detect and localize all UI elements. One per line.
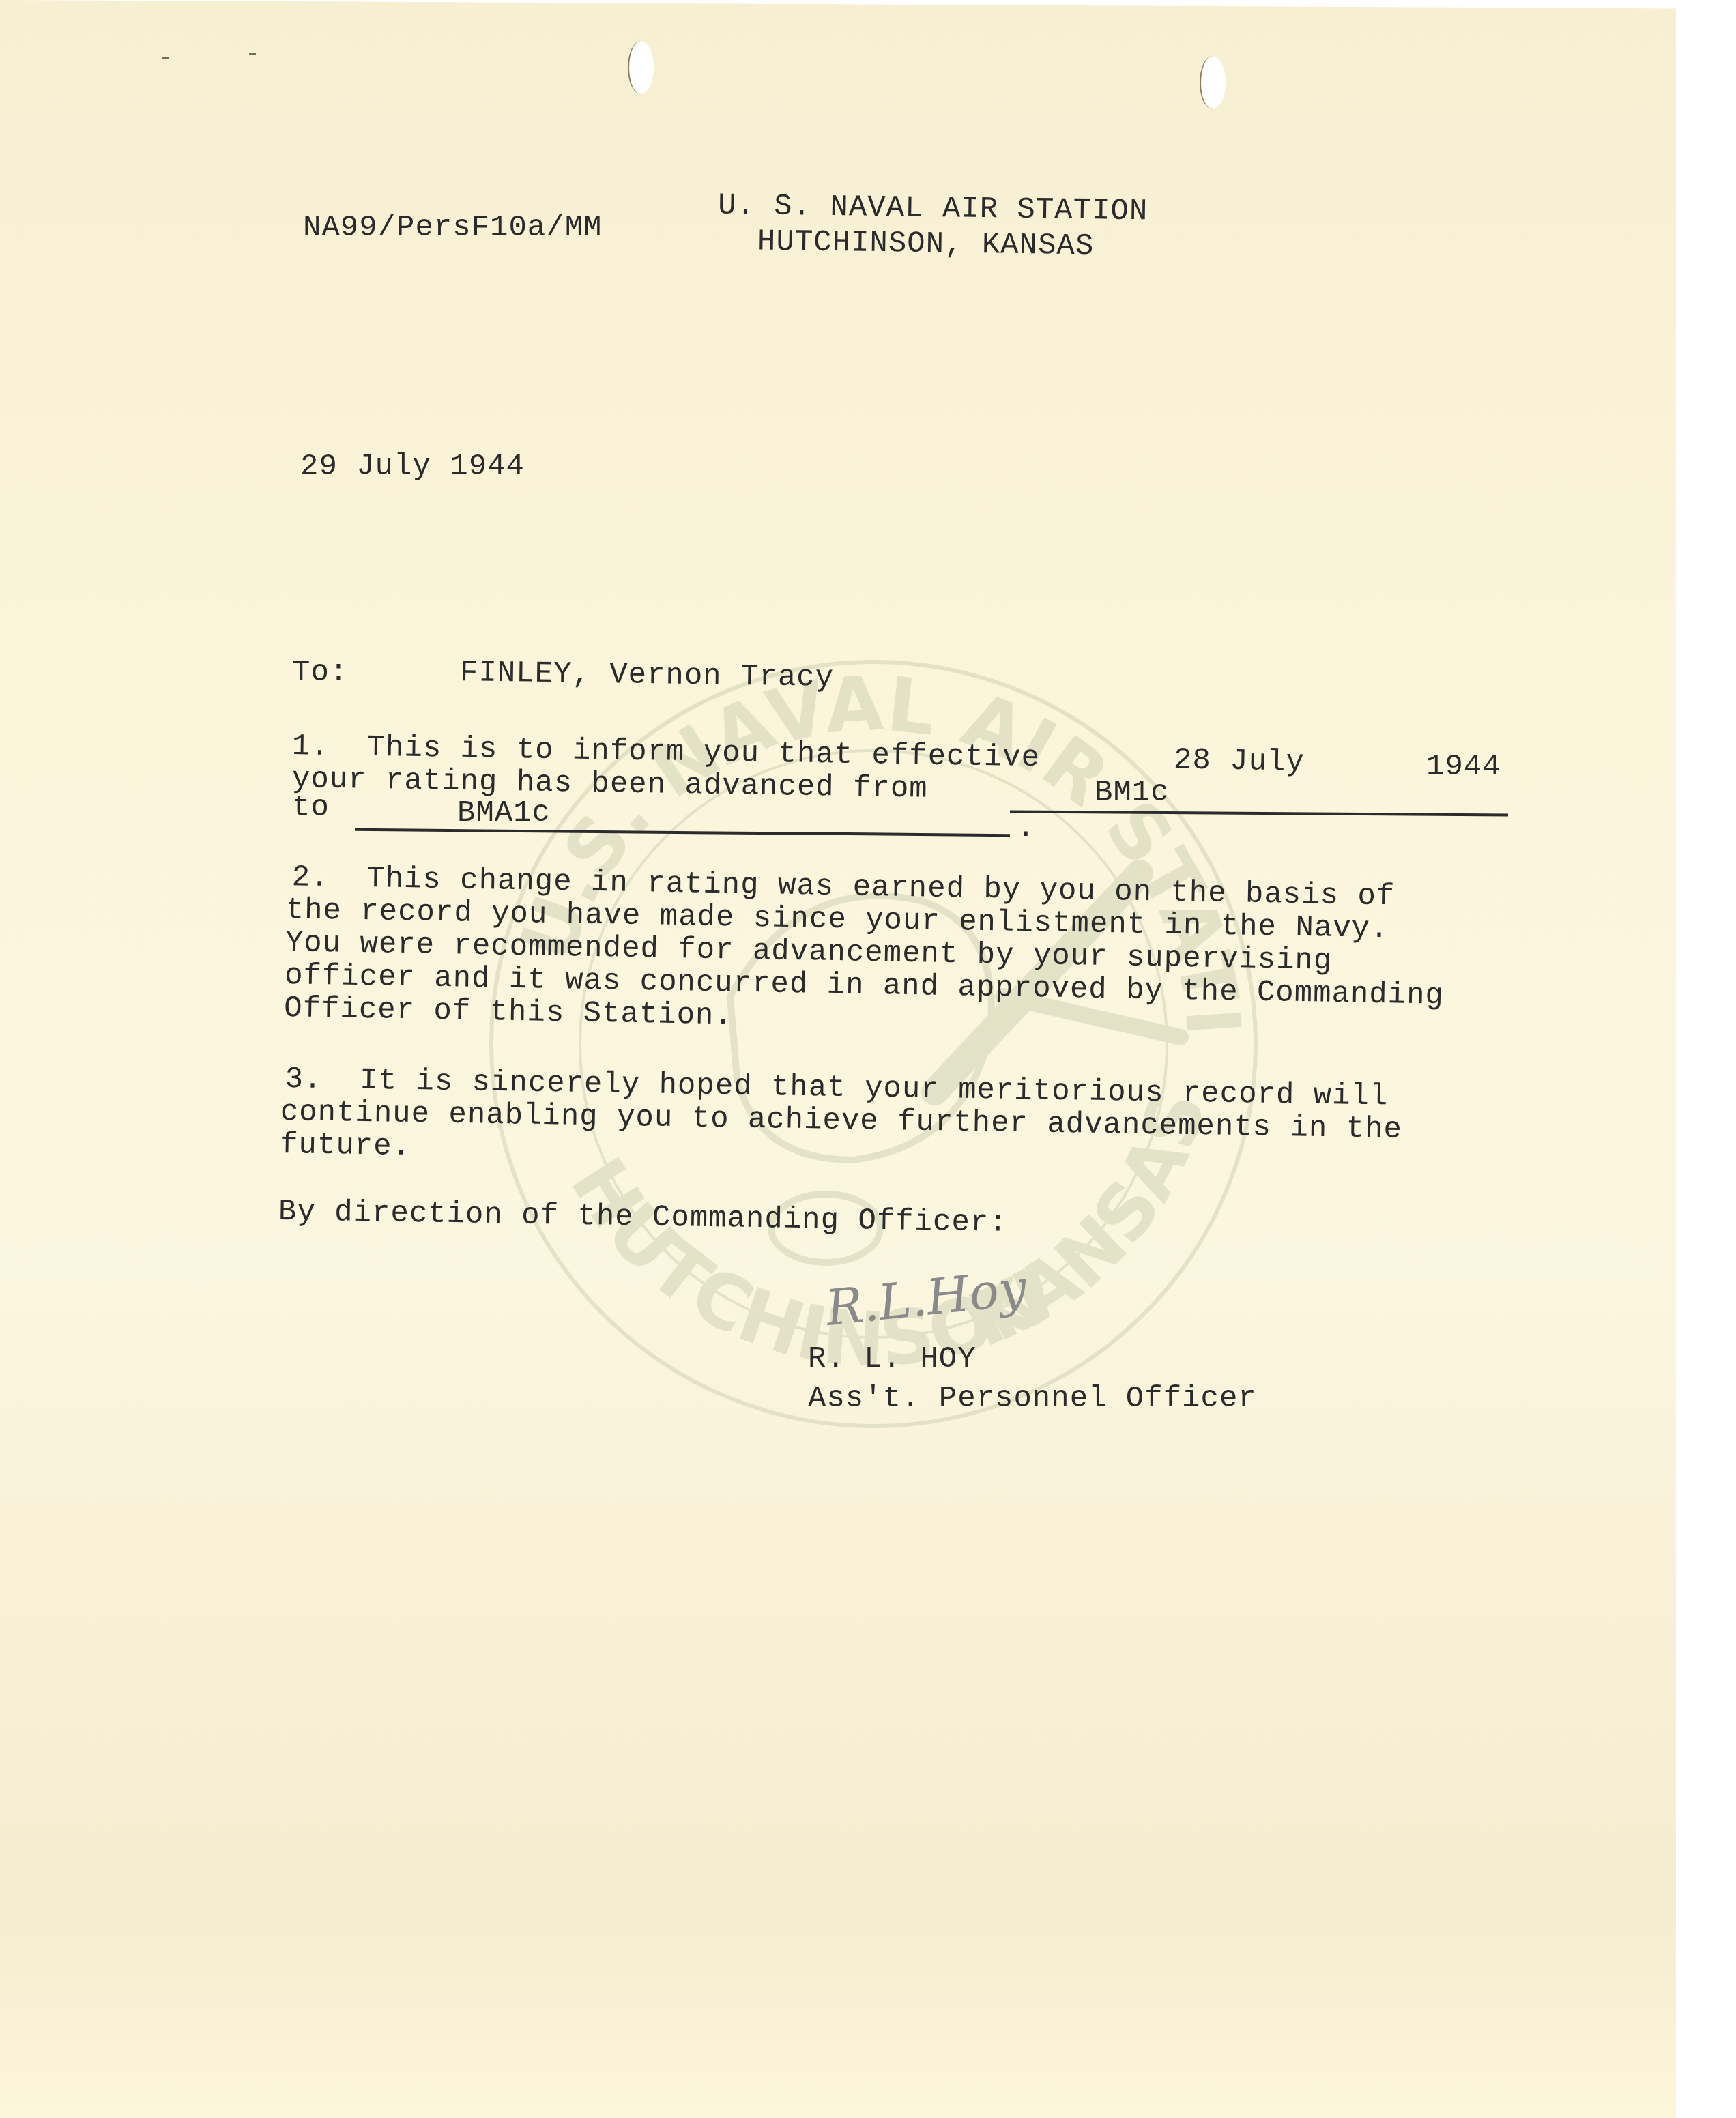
margin-mark bbox=[249, 53, 256, 55]
from-rating: BM1c bbox=[1095, 777, 1170, 809]
letterhead-line1: U. S. NAVAL AIR STATION bbox=[718, 190, 1148, 229]
punch-hole-left bbox=[628, 41, 654, 94]
to-label: To: bbox=[292, 656, 348, 689]
signatory-title: Ass't. Personnel Officer bbox=[808, 1382, 1257, 1415]
punch-hole-right bbox=[1200, 56, 1226, 109]
letter-date: 29 July 1944 bbox=[300, 450, 525, 483]
paragraph1-line3-label: to bbox=[292, 792, 330, 824]
letterhead-line2: HUTCHINSON, KANSAS bbox=[757, 226, 1095, 263]
file-reference: NA99/PersF10a/MM bbox=[303, 212, 602, 244]
signatory-name: R. L. HOY bbox=[808, 1343, 976, 1376]
margin-mark bbox=[162, 57, 169, 59]
paragraph1-end-period: . bbox=[1017, 812, 1035, 845]
to-rating: BMA1c bbox=[457, 797, 551, 830]
paragraph3: 3. It is sincerely hoped that your merit… bbox=[280, 1063, 1403, 1179]
effective-year: 1944 bbox=[1426, 751, 1501, 783]
effective-date: 28 July bbox=[1174, 744, 1305, 779]
recipient-name: FINLEY, Vernon Tracy bbox=[460, 656, 835, 695]
paragraph2: 2. This change in rating was earned by y… bbox=[284, 861, 1446, 1045]
